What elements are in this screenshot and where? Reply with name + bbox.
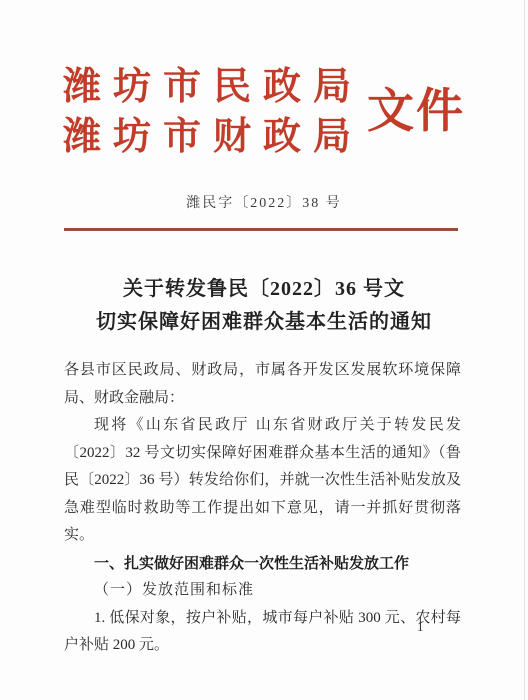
document-number: 潍民字〔2022〕38 号 xyxy=(0,192,528,212)
red-divider-line xyxy=(64,228,458,231)
section-1-heading: 一、扎实做好困难群众一次性生活补贴发放工作 xyxy=(64,550,461,578)
section-1-subheading: （一）发放范围和标准 xyxy=(64,577,461,605)
body-paragraph-1: 现将《山东省民政厅 山东省财政厅关于转发民发〔2022〕32 号文切实保障好困难… xyxy=(64,412,461,550)
document-title: 关于转发鲁民〔2022〕36 号文 切实保障好困难群众基本生活的通知 xyxy=(0,273,528,339)
document-page: 潍坊市民政局 潍坊市财政局 文件 潍民字〔2022〕38 号 关于转发鲁民〔20… xyxy=(0,0,528,700)
document-title-line1: 关于转发鲁民〔2022〕36 号文 xyxy=(0,273,528,306)
salutation-paragraph: 各县市区民政局、财政局，市属各开发区发展软环境保障局、财政金融局： xyxy=(64,357,461,412)
document-body: 各县市区民政局、财政局，市属各开发区发展软环境保障局、财政金融局： 现将《山东省… xyxy=(64,357,461,660)
agency-names: 潍坊市民政局 潍坊市财政局 xyxy=(63,62,363,162)
letterhead: 潍坊市民政局 潍坊市财政局 文件 xyxy=(0,62,528,162)
agency-line-finance: 潍坊市财政局 xyxy=(63,112,363,162)
page-number: 1 xyxy=(417,619,424,635)
document-title-line2: 切实保障好困难群众基本生活的通知 xyxy=(0,306,528,339)
section-1-item-1: 1. 低保对象，按户补贴，城市每户补贴 300 元、农村每户补贴 200 元。 xyxy=(64,605,461,660)
doc-type-label: 文件 xyxy=(367,89,465,136)
agency-line-civil-affairs: 潍坊市民政局 xyxy=(63,62,363,112)
